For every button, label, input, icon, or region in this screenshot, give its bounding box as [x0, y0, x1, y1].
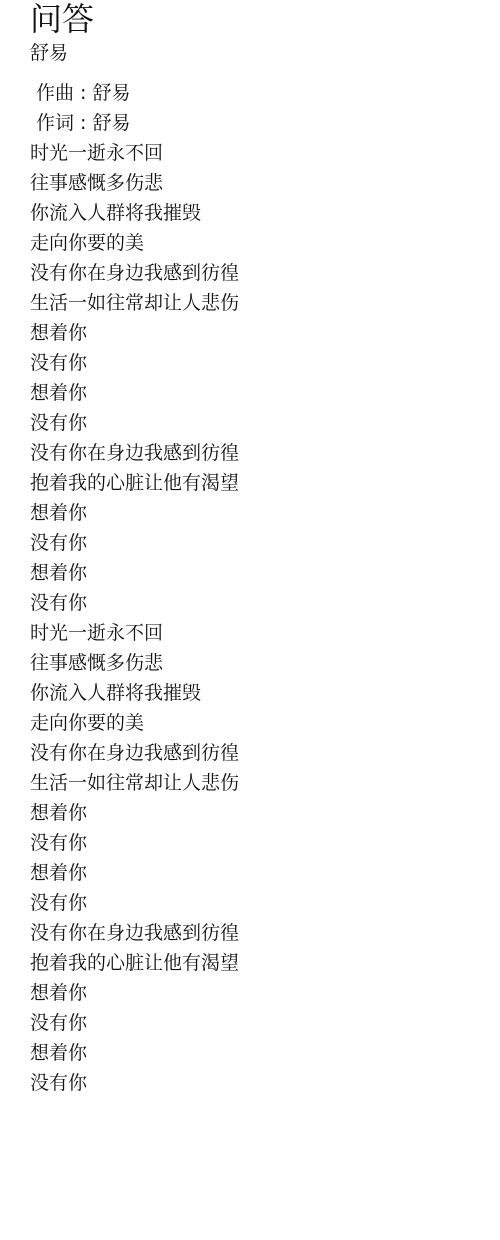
lyric-line: 走向你要的美 — [30, 708, 239, 738]
lyric-line: 时光一逝永不回 — [30, 138, 239, 168]
lyric-line: 没有你 — [30, 588, 239, 618]
lyric-line: 想着你 — [30, 858, 239, 888]
lyric-line: 想着你 — [30, 498, 239, 528]
song-title: 问答 — [30, 0, 94, 38]
lyrics-list: 作曲 : 舒易作词 : 舒易时光一逝永不回往事感慨多伤悲你流入人群将我摧毁走向你… — [30, 78, 239, 1098]
lyric-line: 想着你 — [30, 978, 239, 1008]
lyric-line: 没有你 — [30, 1008, 239, 1038]
lyric-line: 没有你在身边我感到彷徨 — [30, 258, 239, 288]
lyric-line: 抱着我的心脏让他有渴望 — [30, 948, 239, 978]
lyric-line: 想着你 — [30, 378, 239, 408]
lyric-line: 没有你在身边我感到彷徨 — [30, 918, 239, 948]
lyric-line: 想着你 — [30, 318, 239, 348]
artist-name: 舒易 — [30, 41, 68, 65]
lyric-line: 没有你 — [30, 888, 239, 918]
lyric-line: 抱着我的心脏让他有渴望 — [30, 468, 239, 498]
lyric-line: 没有你 — [30, 828, 239, 858]
lyric-line: 想着你 — [30, 1038, 239, 1068]
lyric-line: 走向你要的美 — [30, 228, 239, 258]
lyric-line: 没有你 — [30, 1068, 239, 1098]
lyric-line: 没有你在身边我感到彷徨 — [30, 438, 239, 468]
lyric-line: 没有你 — [30, 348, 239, 378]
lyric-line: 你流入人群将我摧毁 — [30, 678, 239, 708]
lyric-line: 时光一逝永不回 — [30, 618, 239, 648]
lyric-line: 没有你 — [30, 528, 239, 558]
lyric-line: 你流入人群将我摧毁 — [30, 198, 239, 228]
credit-line: 作词 : 舒易 — [30, 108, 239, 138]
credit-line: 作曲 : 舒易 — [30, 78, 239, 108]
lyric-line: 生活一如往常却让人悲伤 — [30, 768, 239, 798]
lyric-line: 想着你 — [30, 798, 239, 828]
lyric-line: 想着你 — [30, 558, 239, 588]
lyric-line: 往事感慨多伤悲 — [30, 648, 239, 678]
lyric-line: 没有你 — [30, 408, 239, 438]
lyric-line: 生活一如往常却让人悲伤 — [30, 288, 239, 318]
lyric-line: 没有你在身边我感到彷徨 — [30, 738, 239, 768]
lyric-line: 往事感慨多伤悲 — [30, 168, 239, 198]
